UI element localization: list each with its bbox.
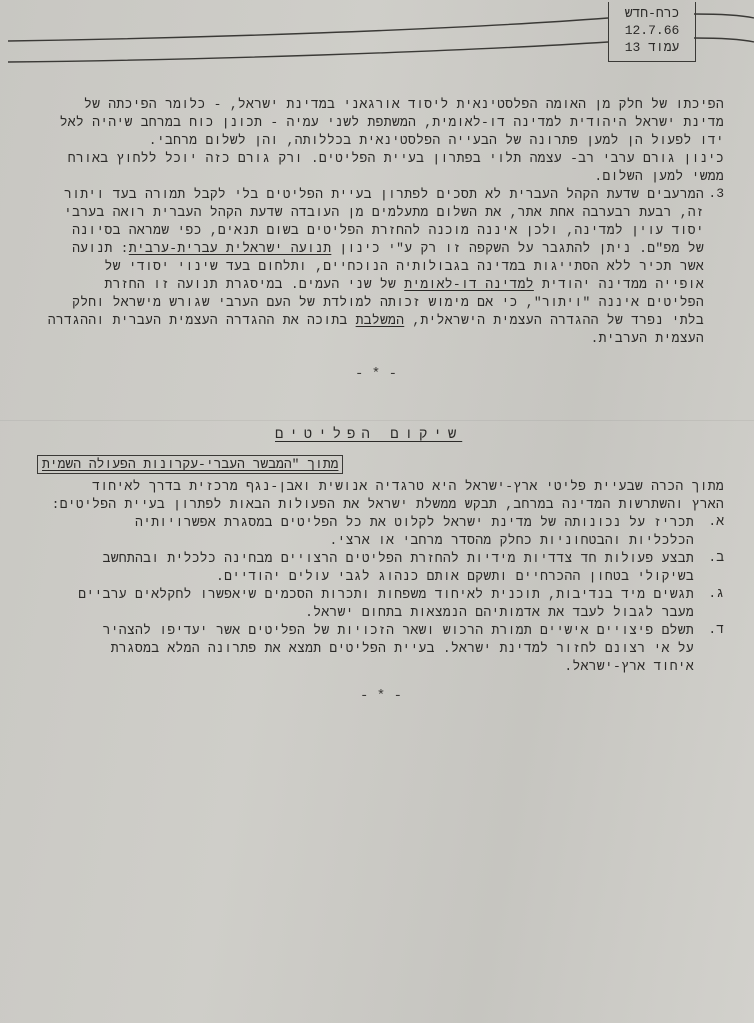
list-item: תגשים מיד בנדיבות, תוכנית לאיחוד משפחות … [78,586,694,622]
list-item: תבצע פעולות חד צדדיות מידיות להחזרת הפלי… [103,550,694,586]
paragraph-3: המרעבים שדעת הקהל העברית לא תסכים לפתרון… [48,186,704,348]
text-line: הארץ והשתרשות המדינה במרחב, תבקש ממשלת י… [52,496,724,514]
section-separator: - * - [355,366,397,382]
text-line: כינון גורם ערבי רב- עצמה תלוי בפתרון בעי… [60,150,724,168]
list-item: תשלם פיצויים אישיים תמורת הרכוש ושאר הזכ… [103,622,694,676]
page-number: עמוד 13 [609,39,695,56]
text-line: בלתי נפרד של ההגדרה העצמית הישראלית, המש… [48,312,704,330]
publication-date: 12.7.66 [609,22,695,39]
text-line: תשלם פיצויים אישיים תמורת הרכוש ושאר הזכ… [103,622,694,640]
text-line: הפיכתו של חלק מן האומה הפלסטינאית ליסוד … [60,96,724,114]
text-line: ידו לפעול הן למען פתרונה של הבעייה הפלסט… [60,132,724,150]
document-header-box: כרח-חדש 12.7.66 עמוד 13 [608,2,696,62]
text-line: תבצע פעולות חד צדדיות מידיות להחזרת הפלי… [103,550,694,568]
text-line: הכלכליות והבטחוניות כחלק מהסדר מרחבי או … [135,532,694,550]
list-item: תכריז על נכונותה של מדינת ישראל לקלוט את… [135,514,694,550]
text-line: ממשי למען השלום. [60,168,724,186]
text-line: הפליטים איננה "ויתור", כי אם מימוש זכותה… [48,294,704,312]
text-line: איחוד ארץ-ישראל. [103,658,694,676]
text-line: העצמית הערבית. [48,330,704,348]
source-citation-box: מתוך "המבשר העברי-עקרונות הפעולה השמית [37,455,343,474]
paragraph-1: הפיכתו של חלק מן האומה הפלסטינאית ליסוד … [60,96,724,186]
scanned-document-page: כרח-חדש 12.7.66 עמוד 13 הפיכתו של חלק מן… [0,0,754,1023]
text-line: מתוך הכרה שבעיית פליטי ארץ-ישראל היא טרג… [52,478,724,496]
list-marker: ג. [708,586,724,601]
list-marker: א. [708,514,724,529]
list-marker: ב. [708,550,724,565]
text-line: של מפ"ם. ניתן להתגבר על השקפה זו רק ע"י … [48,240,704,258]
text-line: בשיקולי בטחון ההכרחיים ותשקם אותם כנהוג … [103,568,694,586]
text-line: אופייה ממדינה יהודית למדינה דו-לאומית של… [48,276,704,294]
text-line: אשר תכיר ללא הסתייגות במדינה בגבולותיה ה… [48,258,704,276]
section-number: 3. [708,186,724,201]
text-line: יסוד עוין למדינה, ולכן איננה מוכנה להחזר… [48,222,704,240]
list-marker: ד. [708,622,724,637]
publication-name: כרח-חדש [609,5,695,22]
text-line: על אי רצונם לחזור למדינת ישראל. בעיית הפ… [103,640,694,658]
text-line: תגשים מיד בנדיבות, תוכנית לאיחוד משפחות … [78,586,694,604]
text-line: מדינת ישראל היהודית למדינה דו-לאומית, המ… [60,114,724,132]
text-line: זה, רבעת רבערבה אחת אתר, את השלום מתעלמי… [48,204,704,222]
text-line: תכריז על נכונותה של מדינת ישראל לקלוט את… [135,514,694,532]
section-title: שיקום הפליטים [275,427,462,443]
paper-fold [0,420,754,421]
text-line: המרעבים שדעת הקהל העברית לא תסכים לפתרון… [48,186,704,204]
text-line: מעבר לגבול לעבד את אדמותיהם הנמצאות בתחו… [78,604,694,622]
section-separator: - * - [360,688,402,704]
intro-paragraph: מתוך הכרה שבעיית פליטי ארץ-ישראל היא טרג… [52,478,724,514]
